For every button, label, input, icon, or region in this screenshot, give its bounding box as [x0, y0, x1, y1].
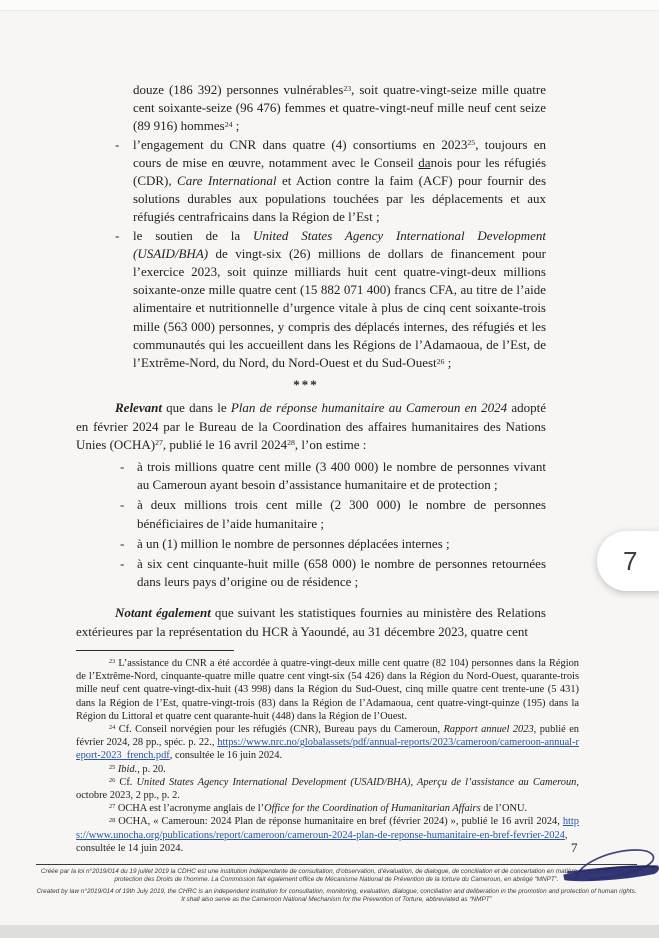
document-body: douze (186 392) personnes vulnérables23,…	[76, 81, 546, 641]
bullet-item: - l’engagement du CNR dans quatre (4) co…	[76, 136, 546, 227]
footer-text-french: Créée par la loi n°2019/014 du 19 juille…	[36, 868, 637, 884]
footnote: 24 Cf. Conseil norvégien pour les réfugi…	[76, 723, 579, 763]
footnote: 23 L’assistance du CNR a été accordée à …	[76, 657, 579, 723]
viewer-page-indicator: 7	[597, 531, 659, 591]
viewer-bottom-strip	[0, 925, 659, 938]
paragraph-notant: Notant également que suivant les statist…	[76, 604, 546, 640]
footer-text-english: Created by law n°2019/014 of 19th July 2…	[36, 888, 637, 904]
bullet-marker: -	[115, 227, 119, 245]
bullet-text: à six cent cinquante-huit mille (658 000…	[137, 555, 546, 591]
bullet-text: le soutien de la United States Agency In…	[133, 227, 546, 373]
viewer-page-indicator-number: 7	[597, 546, 637, 577]
page-footer: Créée par la loi n°2019/014 du 19 juille…	[36, 864, 637, 908]
bullet-item: - à trois millions quatre cent mille (3 …	[76, 458, 546, 494]
bullet-text: l’engagement du CNR dans quatre (4) cons…	[133, 136, 546, 227]
bullet-marker: -	[115, 136, 119, 154]
bullet-item: - à six cent cinquante-huit mille (658 0…	[76, 555, 546, 591]
bullet-text: à deux millions trois cent mille (2 300 …	[137, 496, 546, 532]
bullet-marker: -	[120, 496, 124, 514]
footnote: 25 Ibid., p. 20.	[76, 763, 579, 776]
bullet-item: - à un (1) million le nombre de personne…	[76, 535, 546, 553]
bullet-marker: -	[120, 555, 124, 573]
bullet-marker: -	[120, 535, 124, 553]
bullet-item: - le soutien de la United States Agency …	[76, 227, 546, 373]
footnote: 26 Cf. United States Agency Internationa…	[76, 776, 579, 802]
viewer-top-strip	[0, 0, 659, 11]
bullet-marker: -	[120, 458, 124, 476]
footnote: 27 OCHA est l’acronyme anglais de l’Offi…	[76, 802, 579, 815]
paragraph-relevant: Relevant que dans le Plan de réponse hum…	[76, 399, 546, 454]
ink-swoosh-signature	[560, 840, 659, 896]
paragraph-continuation: douze (186 392) personnes vulnérables23,…	[76, 81, 546, 136]
section-separator-stars: ***	[76, 376, 546, 394]
bullet-item: - à deux millions trois cent mille (2 30…	[76, 496, 546, 532]
footnotes-block: 23 L’assistance du CNR a été accordée à …	[76, 657, 579, 855]
bullet-text: à un (1) million le nombre de personnes …	[137, 535, 546, 553]
footnote-separator	[76, 650, 234, 651]
bullet-text: à trois millions quatre cent mille (3 40…	[137, 458, 546, 494]
pdf-viewer: douze (186 392) personnes vulnérables23,…	[0, 0, 659, 938]
footnote: 28 OCHA, « Cameroun: 2024 Plan de répons…	[76, 815, 579, 855]
